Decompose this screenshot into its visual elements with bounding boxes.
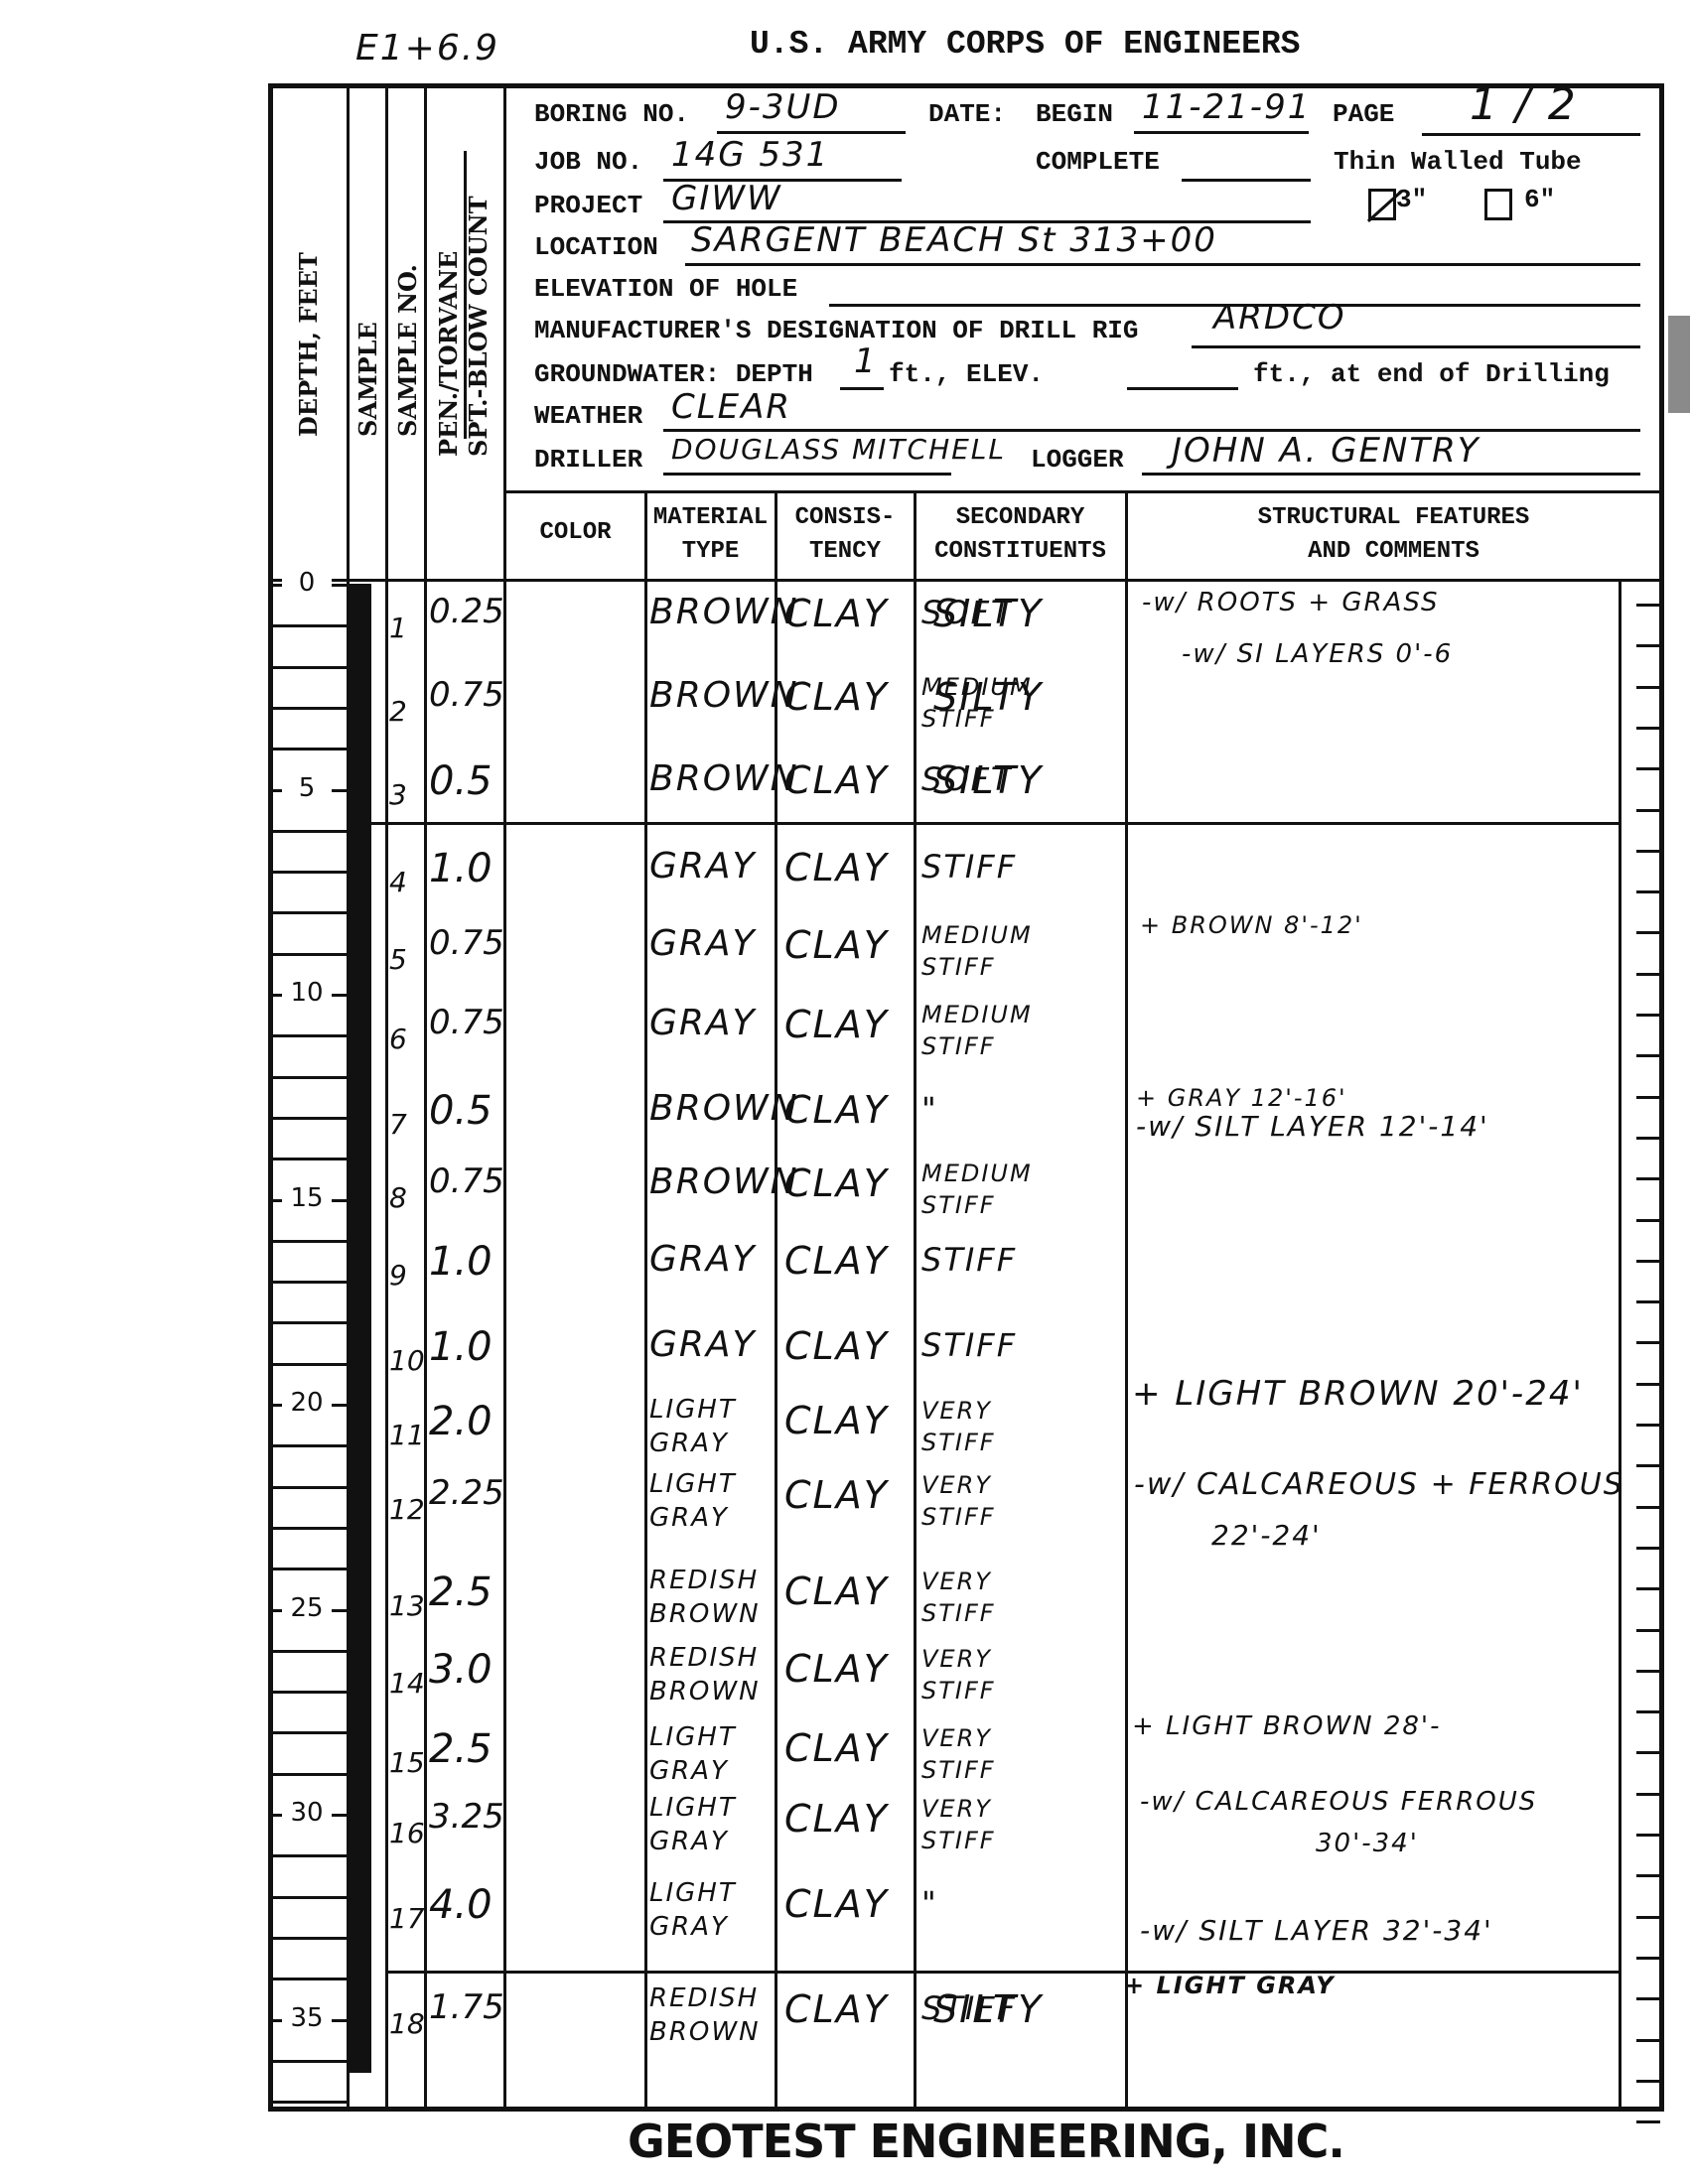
page-label: PAGE [1333, 99, 1394, 129]
begin-date-line [1134, 131, 1309, 134]
depth-gridline [270, 1034, 347, 1037]
scale-tick [1636, 686, 1660, 689]
scale-tick [1636, 1137, 1660, 1140]
depth-gridline [270, 1773, 347, 1776]
job-no-label: JOB NO. [534, 147, 642, 177]
scale-tick [1636, 1219, 1660, 1222]
consistency-value: VERY STIFF [921, 1722, 1051, 1786]
scale-tick [1636, 1054, 1660, 1057]
divider-color [644, 490, 647, 2109]
color-value: BROWN [649, 592, 799, 632]
location-value[interactable]: SARGENT BEACH St 313+00 [691, 220, 1217, 260]
depth-gridline [270, 2060, 347, 2063]
depth-tick-label: 20 [282, 1388, 332, 1418]
header-pen-torvane: PEN./TORVANE [434, 251, 463, 457]
color-value: GRAY [649, 846, 757, 887]
begin-date-value[interactable]: 11-21-91 [1142, 87, 1311, 127]
depth-gridline [270, 1650, 347, 1653]
depth-tick-label: 30 [282, 1798, 332, 1828]
pen-spt-divider [464, 151, 467, 439]
driller-label: DRILLER [534, 445, 642, 475]
scale-tick [1636, 1874, 1660, 1877]
depth-gridline [270, 707, 347, 710]
color-value: LIGHT GRAY [649, 1791, 769, 1858]
material-value: CLAY [784, 1570, 889, 1613]
depth-tick-label: 0 [282, 568, 332, 598]
sample-no: 8 [389, 1181, 407, 1214]
scale-tick [1636, 727, 1660, 730]
pen-value: 2.0 [429, 1399, 493, 1444]
rig-label: MANUFACTURER'S DESIGNATION OF DRILL RIG [534, 316, 1139, 345]
consistency-value: MEDIUM STIFF [921, 1158, 1051, 1221]
sample-no: 11 [389, 1419, 425, 1451]
project-label: PROJECT [534, 191, 642, 220]
secondary-value: SILTY [933, 1987, 1043, 2031]
ft-elev-label: ft., ELEV. [889, 359, 1044, 389]
consistency-value: MEDIUM STIFF [921, 999, 1051, 1062]
sample-no: 16 [389, 1817, 425, 1849]
scale-tick [1636, 2039, 1660, 2042]
scale-tick [1636, 1341, 1660, 1344]
pen-value: 1.0 [429, 1324, 493, 1370]
consistency-value: STIFF [921, 848, 1017, 886]
page-value: 1 / 2 [1470, 79, 1578, 130]
pen-value: 0.25 [429, 592, 504, 631]
depth-gridline [270, 953, 347, 956]
depth-gridline [270, 1321, 347, 1324]
depth-tick-label: 10 [282, 978, 332, 1008]
comment: + LIGHT BROWN 28'- [1132, 1711, 1441, 1741]
material-value: CLAY [784, 1473, 889, 1517]
color-value: LIGHT GRAY [649, 1720, 769, 1788]
material-value: CLAY [784, 923, 889, 967]
consistency-value: VERY STIFF [921, 1395, 1051, 1458]
depth-gridline [270, 1527, 347, 1530]
page-title: U.S. ARMY CORPS OF ENGINEERS [750, 26, 1301, 63]
depth-gridline [270, 1076, 347, 1079]
scale-tick [1636, 1506, 1660, 1509]
color-value: GRAY [649, 1239, 757, 1280]
scale-tick [1636, 809, 1660, 812]
material-value: CLAY [784, 1161, 889, 1205]
material-value: CLAY [784, 846, 889, 889]
sample-no: 15 [389, 1746, 425, 1779]
depth-gridline [270, 1486, 347, 1489]
pen-value: 0.5 [429, 758, 493, 804]
logger-line [1142, 473, 1640, 476]
depth-gridline [270, 1117, 347, 1120]
begin-label: BEGIN [1036, 99, 1113, 129]
color-value: REDISH BROWN [649, 1981, 769, 2049]
logger-value[interactable]: JOHN A. GENTRY [1172, 431, 1480, 471]
comment: 30'-34' [1316, 1829, 1419, 1858]
pen-value: 2.5 [429, 1726, 493, 1772]
boring-no-label: BORING NO. [534, 99, 689, 129]
material-value: CLAY [784, 675, 889, 719]
scale-tick [1636, 931, 1660, 934]
sample-no: 12 [389, 1493, 425, 1526]
layer-boundary-6ft [347, 822, 1619, 825]
scale-tick [1636, 1834, 1660, 1837]
scale-tick [1636, 1300, 1660, 1303]
depth-gridline [270, 624, 347, 627]
date-label: DATE: [928, 99, 1006, 129]
sample-no: 7 [389, 1108, 407, 1141]
material-value: CLAY [784, 1003, 889, 1046]
scale-tick [1636, 850, 1660, 853]
depth-tick-label: 35 [282, 2003, 332, 2033]
company-footer: GEOTEST ENGINEERING, INC. [628, 2115, 1344, 2168]
scale-tick [1636, 2120, 1660, 2123]
scale-tick [1636, 604, 1660, 607]
divider-sample-no [424, 85, 427, 2109]
tube-6in-checkbox[interactable] [1484, 189, 1512, 220]
pen-value: 1.75 [429, 1987, 504, 2027]
depth-tick-label: 15 [282, 1183, 332, 1213]
color-value: BROWN [649, 1088, 799, 1129]
material-value: CLAY [784, 1797, 889, 1841]
rig-line [1192, 345, 1640, 348]
divider-secondary [1125, 490, 1128, 2109]
divider-comments-scale [1619, 579, 1621, 2109]
pen-value: 0.75 [429, 923, 504, 963]
scale-tick [1636, 1177, 1660, 1180]
scale-tick [1636, 973, 1660, 976]
groundwater-label: GROUNDWATER: DEPTH [534, 359, 813, 389]
groundwater-depth-value[interactable]: 1 [854, 341, 878, 381]
depth-tick-label: 25 [282, 1593, 332, 1623]
column-header-top [503, 490, 1662, 493]
tube-6in-label: 6" [1524, 185, 1555, 214]
sample-no: 6 [389, 1023, 407, 1055]
consistency-value: STIFF [921, 1241, 1017, 1279]
col-consistency: CONSIS-TENCY [776, 501, 914, 569]
material-value: CLAY [784, 1399, 889, 1442]
color-value: GRAY [649, 1003, 757, 1043]
comment: -w/ SILT LAYER 32'-34' [1140, 1914, 1493, 1947]
depth-gridline [270, 748, 347, 751]
sample-no: 4 [389, 866, 407, 898]
depth-gridline [270, 1731, 347, 1734]
scale-tick [1636, 1957, 1660, 1960]
pen-value: 2.25 [429, 1473, 504, 1513]
color-value: BROWN [649, 675, 799, 716]
comment: + LIGHT GRAY [1124, 1972, 1336, 1999]
weather-line [663, 429, 1640, 432]
depth-gridline [270, 1363, 347, 1366]
comment: + GRAY 12'-16' [1136, 1084, 1347, 1112]
depth-gridline [270, 2101, 347, 2104]
pen-value: 4.0 [429, 1882, 493, 1928]
consistency-value: " [921, 1884, 938, 1922]
color-value: REDISH BROWN [649, 1564, 769, 1631]
comment: -w/ ROOTS + GRASS [1142, 588, 1439, 617]
sample-no: 13 [389, 1589, 425, 1622]
comment: + BROWN 8'-12' [1140, 911, 1363, 939]
sample-no: 9 [389, 1259, 407, 1292]
scale-tick [1636, 890, 1660, 893]
material-value: CLAY [784, 1987, 889, 2031]
pen-value: 0.75 [429, 1003, 504, 1042]
depth-gridline [270, 1937, 347, 1940]
scale-tick [1636, 1424, 1660, 1427]
boring-no-value[interactable]: 9-3UD [725, 87, 841, 127]
groundwater-depth-line [840, 387, 884, 390]
sample-no: 17 [389, 1902, 425, 1935]
header-sample: SAMPLE [353, 322, 382, 437]
comment: -w/ SILT LAYER 12'-14' [1136, 1110, 1489, 1143]
consistency-value: VERY STIFF [921, 1793, 1051, 1856]
pen-value: 3.25 [429, 1797, 504, 1837]
material-value: CLAY [784, 1324, 889, 1368]
depth-gridline [270, 911, 347, 914]
scale-tick [1636, 1014, 1660, 1017]
color-value: LIGHT GRAY [649, 1467, 769, 1535]
comment: + LIGHT BROWN 20'-24' [1132, 1374, 1584, 1414]
divider-sample [385, 85, 388, 2109]
depth-gridline [270, 1691, 347, 1694]
scale-tick [1636, 767, 1660, 770]
logger-label: LOGGER [1031, 445, 1124, 475]
elevation-label: ELEVATION OF HOLE [534, 274, 797, 304]
sample-no: 3 [389, 778, 407, 811]
tube-label: Thin Walled Tube [1334, 147, 1582, 177]
scale-tick [1636, 1260, 1660, 1263]
comment: 22'-24' [1211, 1519, 1322, 1552]
pen-value: 0.5 [429, 1088, 493, 1134]
project-value[interactable]: GIWW [671, 179, 782, 218]
consistency-value: MEDIUM STIFF [921, 919, 1051, 983]
location-line [685, 263, 1640, 266]
corner-note: E1+6.9 [355, 28, 499, 68]
pen-value: 1.0 [429, 846, 493, 891]
color-value: BROWN [649, 1161, 799, 1202]
pen-value: 1.0 [429, 1239, 493, 1285]
depth-gridline [270, 1896, 347, 1899]
job-no-value[interactable]: 14G 531 [671, 135, 829, 175]
complete-label: COMPLETE [1036, 147, 1160, 177]
scale-tick [1636, 1670, 1660, 1673]
boring-no-line [717, 131, 906, 134]
color-value: REDISH BROWN [649, 1641, 769, 1708]
scale-tick [1636, 1383, 1660, 1386]
scan-artifact [1668, 316, 1690, 413]
consistency-value: VERY STIFF [921, 1566, 1051, 1629]
pen-value: 0.75 [429, 675, 504, 715]
page-line [1422, 133, 1640, 136]
color-value: LIGHT GRAY [649, 1393, 769, 1460]
scale-tick [1636, 1587, 1660, 1590]
material-value: CLAY [784, 1882, 889, 1926]
col-structural: STRUCTURAL FEATURESAND COMMENTS [1127, 501, 1660, 569]
material-value: CLAY [784, 1088, 889, 1132]
scale-tick [1636, 2080, 1660, 2083]
sample-no: 2 [389, 695, 407, 728]
scale-tick [1636, 1629, 1660, 1632]
pen-value: 2.5 [429, 1570, 493, 1615]
scale-tick [1636, 1464, 1660, 1467]
location-label: LOCATION [534, 232, 658, 262]
secondary-value: SILTY [933, 758, 1043, 802]
material-value: CLAY [784, 1647, 889, 1691]
header-sample-no: SAMPLE NO. [393, 264, 422, 437]
depth-gridline [270, 1568, 347, 1570]
sample-no: 5 [389, 943, 407, 976]
driller-line [663, 473, 951, 476]
pen-value: 0.75 [429, 1161, 504, 1201]
depth-gridline [270, 666, 347, 669]
scale-tick [1636, 644, 1660, 647]
column-header-bottom [270, 579, 1662, 582]
color-value: LIGHT GRAY [649, 1876, 769, 1944]
depth-gridline [270, 1281, 347, 1284]
tube-3in-label: 3" [1396, 185, 1427, 214]
depth-gridline [270, 1444, 347, 1447]
sample-no: 1 [389, 612, 407, 644]
scale-tick [1636, 1793, 1660, 1796]
sample-bar [350, 584, 371, 2073]
col-material: MATERIALTYPE [646, 501, 775, 569]
consistency-value: STIFF [921, 1326, 1017, 1364]
consistency-value: VERY STIFF [921, 1643, 1051, 1706]
consistency-value: " [921, 1090, 938, 1128]
secondary-value: SILTY [933, 592, 1043, 635]
color-value: GRAY [649, 923, 757, 964]
comment: -w/ CALCAREOUS + FERROUS [1134, 1467, 1624, 1502]
header-spt-blow: SPT.-BLOW COUNT [464, 196, 493, 457]
depth-gridline [270, 1854, 347, 1857]
depth-tick-label: 5 [282, 773, 332, 803]
col-secondary: SECONDARYCONSTITUENTS [916, 501, 1125, 569]
color-value: BROWN [649, 758, 799, 799]
pen-value: 3.0 [429, 1647, 493, 1693]
header-depth: DEPTH, FEET [294, 252, 323, 437]
divider-material [775, 490, 777, 2109]
color-value: GRAY [649, 1324, 757, 1365]
depth-gridline [270, 871, 347, 874]
depth-gridline [270, 1240, 347, 1243]
sample-no: 18 [389, 2007, 425, 2040]
ft-end-label: ft., at end of Drilling [1253, 359, 1610, 389]
comment: -w/ CALCAREOUS FERROUS [1140, 1787, 1537, 1817]
scale-tick [1636, 1751, 1660, 1754]
scale-tick [1636, 1096, 1660, 1099]
scale-tick [1636, 1547, 1660, 1550]
col-color: COLOR [506, 516, 644, 550]
depth-gridline [270, 830, 347, 833]
material-value: CLAY [784, 592, 889, 635]
complete-line [1182, 179, 1311, 182]
material-value: CLAY [784, 758, 889, 802]
rig-value[interactable]: ARDCO [1213, 298, 1346, 338]
consistency-value: VERY STIFF [921, 1469, 1051, 1533]
depth-gridline [270, 1978, 347, 1980]
depth-gridline [270, 1158, 347, 1160]
weather-value[interactable]: CLEAR [671, 387, 791, 427]
driller-value[interactable]: DOUGLASS MITCHELL [671, 433, 1006, 466]
weather-label: WEATHER [534, 401, 642, 431]
scale-tick [1636, 1710, 1660, 1713]
sample-no: 10 [389, 1344, 425, 1377]
sample-no: 14 [389, 1667, 425, 1700]
comment: -w/ SI LAYERS 0'-6 [1182, 639, 1453, 669]
divider-consistency [914, 490, 916, 2109]
secondary-value: SILTY [933, 675, 1043, 719]
scale-tick [1636, 1997, 1660, 2000]
layer-boundary-34ft [385, 1971, 1619, 1974]
groundwater-elev-line [1127, 387, 1238, 390]
scale-tick [1636, 1916, 1660, 1919]
material-value: CLAY [784, 1726, 889, 1770]
material-value: CLAY [784, 1239, 889, 1283]
